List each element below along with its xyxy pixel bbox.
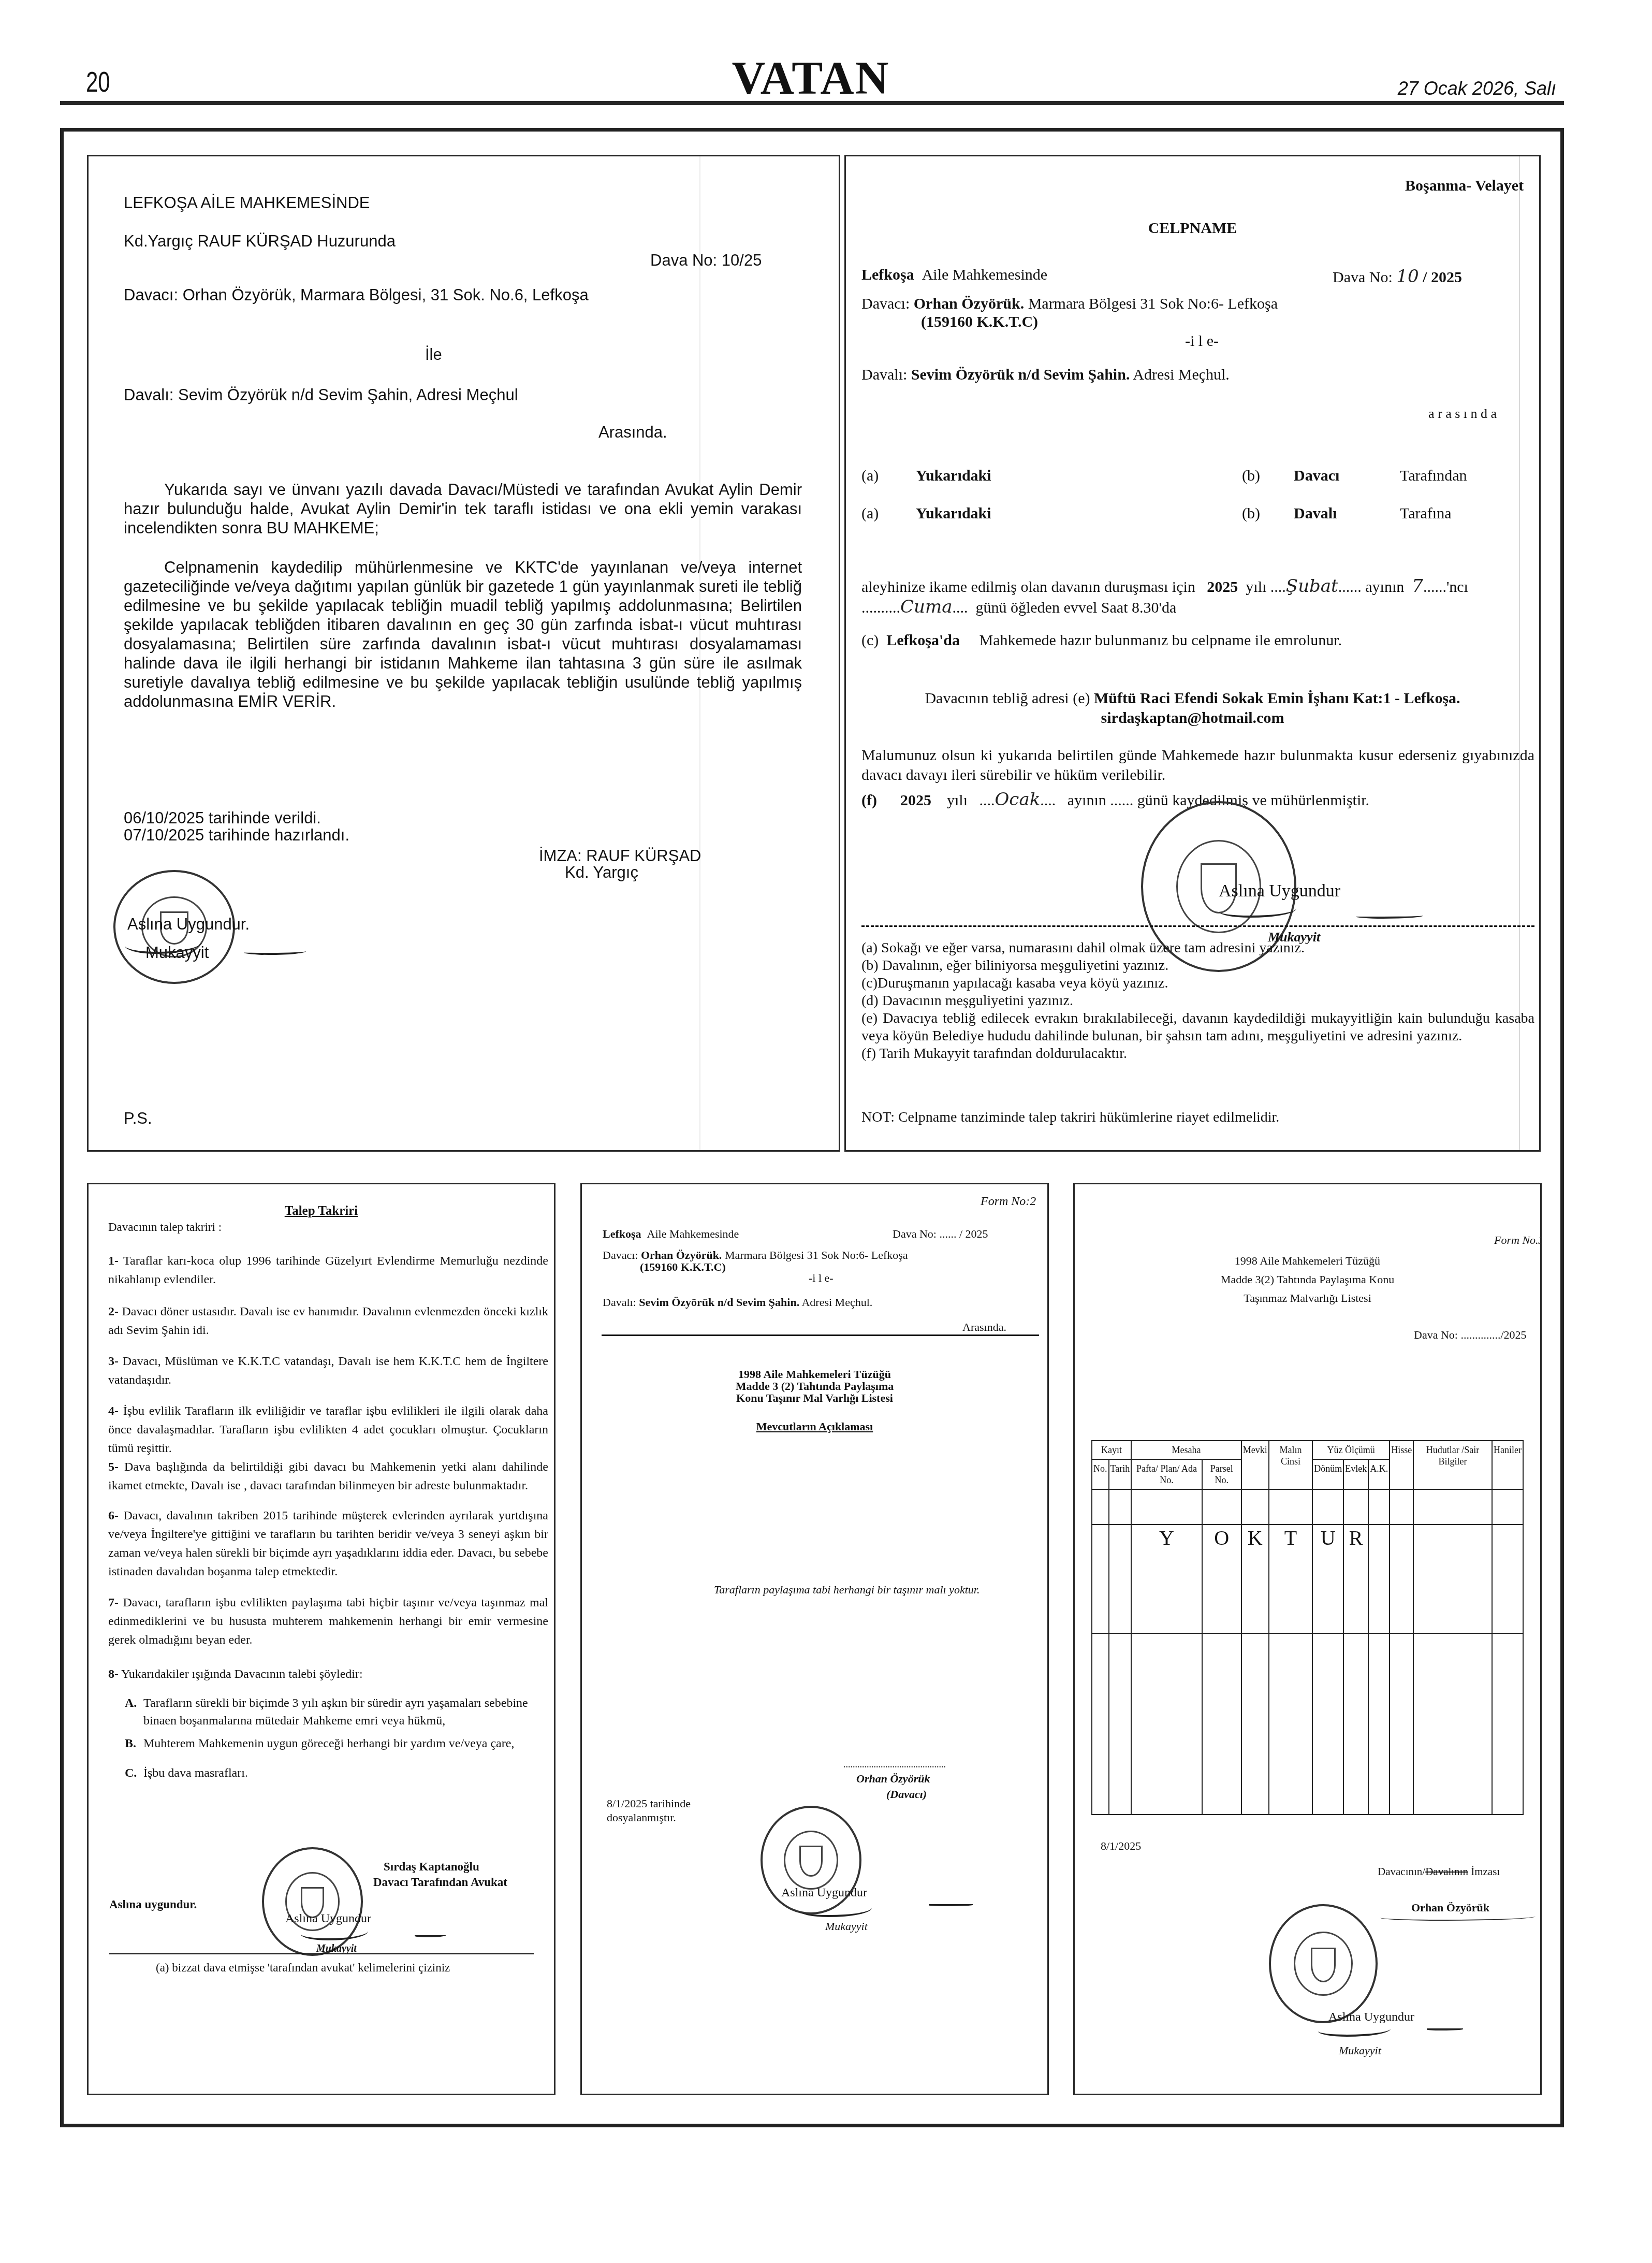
talep-item-5: 5- Dava başlığında da belirtildiği gibi … bbox=[108, 1458, 548, 1495]
plaintiff-line: Davacı: Orhan Özyörük, Marmara Bölgesi, … bbox=[124, 286, 589, 304]
celpname-ile: -i l e- bbox=[1185, 332, 1219, 350]
talep-item-4: 4- İşbu evlilik Tarafların ilk evliliğid… bbox=[108, 1402, 548, 1458]
immovable-assets-form: Form No.3 1998 Aile Mahkemeleri Tüzüğü M… bbox=[1073, 1183, 1542, 2095]
signature-stroke bbox=[929, 1904, 973, 1906]
footnote-f: (f) Tarih Mukayyit tarafından doldurulac… bbox=[861, 1045, 1534, 1063]
celpname-title: CELPNAME bbox=[846, 220, 1539, 237]
handwritten-weekday: Cuma bbox=[900, 597, 952, 617]
certified-copy-stamp: Aslına Uygundur. bbox=[127, 915, 250, 934]
lawyer-title: Davacı Tarafından Avukat bbox=[373, 1876, 507, 1889]
signature-stroke bbox=[244, 949, 306, 955]
judge-signature: İMZA: RAUF KÜRŞAD bbox=[539, 847, 701, 865]
case-category: Boşanma- Velayet bbox=[1405, 177, 1524, 195]
plaintiff-service-address: Davacının tebliğ adresi (e) Müftü Raci E… bbox=[846, 690, 1539, 707]
talep-intro: Davacının talep takriri : bbox=[108, 1221, 222, 1234]
celpname-case-number: Dava No: 10 / 2025 bbox=[1333, 266, 1462, 287]
notice-frame: LEFKOŞA AİLE MAHKEMESİNDE Kd.Yargıç RAUF… bbox=[60, 128, 1564, 2127]
court-order-document: LEFKOŞA AİLE MAHKEMESİNDE Kd.Yargıç RAUF… bbox=[87, 155, 840, 1152]
celpname-plaintiff: Davacı: Orhan Özyörük. Marmara Bölgesi 3… bbox=[861, 295, 1278, 313]
form2-heading: 1998 Aile Mahkemeleri Tüzüğü Madde 3 (2)… bbox=[582, 1368, 1047, 1404]
talep-item-2: 2- Davacı döner ustasıdır. Davalı ise ev… bbox=[108, 1302, 548, 1340]
table-row bbox=[1092, 1633, 1523, 1815]
masthead: 20 VATAN 27 Ocak 2026, Salı bbox=[60, 52, 1561, 104]
newspaper-name: VATAN bbox=[60, 52, 1561, 105]
lawyer-name: Sırdaş Kaptanoğlu bbox=[384, 1860, 479, 1874]
form3-case-number: Dava No: ............../2025 bbox=[1414, 1328, 1527, 1342]
form3-heading: 1998 Aile Mahkemeleri Tüzüğü Madde 3(2) … bbox=[1075, 1252, 1540, 1308]
dashed-separator bbox=[861, 925, 1534, 927]
signer-name: Orhan Özyörük bbox=[856, 1772, 930, 1786]
filed-text: dosyalanmıştır. bbox=[607, 1811, 676, 1824]
order-paragraph-1: Yukarıda sayı ve ünvanı yazılı davada Da… bbox=[124, 480, 802, 538]
talep-footnote: (a) bizzat dava etmişse 'tarafından avuk… bbox=[156, 1961, 450, 1975]
table-row: Y O K T U R bbox=[1092, 1525, 1523, 1633]
footnote-rule bbox=[109, 1953, 534, 1954]
form2-case-number: Dava No: ...... / 2025 bbox=[893, 1227, 988, 1241]
footnote-a: (a) Sokağı ve eğer varsa, numarasını dah… bbox=[861, 939, 1534, 957]
signer-role: (Davacı) bbox=[886, 1788, 927, 1801]
form3-date: 8/1/2025 bbox=[1101, 1839, 1141, 1853]
form2-arasinda: Arasında. bbox=[962, 1321, 1006, 1334]
form2-court: Lefkoşa Aile Mahkemesinde bbox=[603, 1227, 739, 1241]
judge-title: Kd. Yargıç bbox=[565, 863, 638, 882]
signature-label: Davacının/Davalının İmzası bbox=[1378, 1865, 1500, 1878]
handwritten-month: Şubat bbox=[1286, 576, 1338, 597]
property-table: Kayıt Mesaha Mevki Malın Cinsi Yüz Ölçüm… bbox=[1091, 1440, 1524, 1815]
handwritten-case-number: 10 bbox=[1396, 266, 1419, 287]
signature-stroke bbox=[1380, 1913, 1536, 1921]
footnote-e: (e) Davacıya tebliğ edilecek evrakın bır… bbox=[861, 1010, 1534, 1045]
request-c: C.İşbu dava masrafları. bbox=[143, 1764, 550, 1782]
signature-stroke bbox=[415, 1934, 446, 1937]
defendant-line: Davalı: Sevim Özyörük n/d Sevim Şahin, A… bbox=[124, 386, 518, 404]
appearance-order: (c) Lefkoşa'da Mahkemede hazır bulunmanı… bbox=[861, 632, 1342, 649]
talep-item-6: 6- Davacı, davalının takriben 2015 tarih… bbox=[108, 1506, 548, 1581]
handwritten-reg-month: Ocak bbox=[995, 789, 1041, 810]
hearing-line-2: ..........Cuma.... günü öğleden evvel Sa… bbox=[861, 597, 1176, 617]
registrar-signature bbox=[301, 1925, 368, 1940]
form-number: Form No.3 bbox=[1494, 1234, 1542, 1247]
default-warning: Malumunuz olsun ki yukarıda belirtilen g… bbox=[861, 746, 1534, 785]
footnote-c: (c)Duruşmanın yapılacağı kasaba veya köy… bbox=[861, 975, 1534, 992]
issue-date: 27 Ocak 2026, Salı bbox=[1398, 78, 1556, 99]
signature-stroke bbox=[1427, 2028, 1463, 2030]
talep-title: Talep Takriri bbox=[89, 1204, 554, 1218]
form2-plaintiff-id: (159160 K.K.T.C) bbox=[640, 1260, 726, 1274]
celpname-court: Lefkoşa Aile Mahkemesinde bbox=[861, 266, 1047, 284]
certified-copy-stamp: Aslına Uygundur bbox=[1328, 2010, 1414, 2024]
celpname-arasinda: a r a s ı n d a bbox=[1428, 406, 1497, 422]
form2-subheading: Mevcutların Açıklaması bbox=[582, 1420, 1047, 1433]
talep-item-7: 7- Davacı, tarafların işbu evlilikten pa… bbox=[108, 1593, 548, 1649]
form-number: Form No:2 bbox=[981, 1195, 1036, 1209]
table-group-header: Kayıt Mesaha Mevki Malın Cinsi Yüz Ölçüm… bbox=[1092, 1441, 1523, 1459]
masthead-rule bbox=[60, 101, 1564, 105]
form2-ile: -i l e- bbox=[809, 1271, 834, 1285]
request-b: B.Muhterem Mahkemenin uygun göreceği her… bbox=[143, 1735, 550, 1752]
celpname-document: Boşanma- Velayet CELPNAME Lefkoşa Aile M… bbox=[844, 155, 1541, 1152]
issued-date: 06/10/2025 tarihinde verildi. bbox=[124, 809, 321, 828]
court-name: LEFKOŞA AİLE MAHKEMESİNDE bbox=[124, 194, 370, 212]
between-word: İle bbox=[425, 345, 442, 364]
ps-label: P.S. bbox=[124, 1109, 152, 1128]
registrar-label: Mukayyit bbox=[1339, 2044, 1381, 2057]
hearing-line-1: aleyhinize ikame edilmiş olan davanın du… bbox=[861, 576, 1468, 597]
talep-item-8: 8- Yukarıdakiler ışığında Davacının tale… bbox=[108, 1665, 548, 1684]
signer-name: Orhan Özyörük bbox=[1411, 1901, 1489, 1914]
movable-assets-form: Form No:2 Lefkoşa Aile Mahkemesinde Dava… bbox=[580, 1183, 1049, 2095]
registrar-signature bbox=[1318, 2023, 1391, 2037]
footnote-b: (b) Davalının, eğer biliniyorsa meşguliy… bbox=[861, 957, 1534, 975]
court-seal-stamp bbox=[1269, 1904, 1378, 2023]
footnote-d: (d) Davacının meşguliyetini yazınız. bbox=[861, 992, 1534, 1010]
signature-stroke bbox=[1356, 913, 1423, 919]
case-number: Dava No: 10/25 bbox=[650, 251, 762, 270]
talep-takriri-document: Talep Takriri Davacının talep takriri : … bbox=[87, 1183, 555, 2095]
certified-label: Aslına uygundur. bbox=[109, 1898, 197, 1911]
prepared-date: 07/10/2025 tarihinde hazırlandı. bbox=[124, 826, 349, 845]
form2-defendant: Davalı: Sevim Özyörük n/d Sevim Şahin. A… bbox=[603, 1296, 872, 1309]
celpname-defendant: Davalı: Sevim Özyörük n/d Sevim Şahin. A… bbox=[861, 366, 1230, 384]
registration-line: (f) 2025 yılı ....Ocak.... ayının ......… bbox=[861, 789, 1369, 810]
talep-item-3: 3- Davacı, Müslüman ve K.K.T.C vatandaşı… bbox=[108, 1352, 548, 1389]
handwritten-day: 7 bbox=[1412, 576, 1423, 597]
certified-copy-stamp: Aslına Uygundur bbox=[285, 1912, 371, 1926]
court-seal-stamp bbox=[262, 1847, 363, 1956]
contact-email: sirdaşkaptan@hotmail.com bbox=[846, 709, 1539, 727]
footnotes: (a) Sokağı ve eğer varsa, numarasını dah… bbox=[861, 939, 1534, 1063]
celpname-plaintiff-id: (159160 K.K.T.C) bbox=[921, 313, 1038, 331]
arasinda-label: Arasında. bbox=[598, 423, 667, 442]
filed-date: 8/1/2025 tarihinde bbox=[607, 1797, 691, 1810]
registrar-label: Mukayyit bbox=[825, 1920, 868, 1933]
request-a: A.Tarafların sürekli bir biçimde 3 yılı … bbox=[143, 1694, 550, 1730]
certified-copy-stamp: Aslına Uygundur bbox=[1219, 881, 1340, 901]
talep-item-1: 1- Taraflar karı-koca olup 1996 tarihind… bbox=[108, 1252, 548, 1289]
signature-line: ........................................… bbox=[843, 1759, 946, 1770]
final-note: NOT: Celpname tanziminde talep takriri h… bbox=[861, 1109, 1279, 1126]
order-paragraph-2: Celpnamenin kaydedilip mühürlenmesine ve… bbox=[124, 558, 802, 711]
judge-line: Kd.Yargıç RAUF KÜRŞAD Huzurunda bbox=[124, 232, 396, 251]
table-row bbox=[1092, 1489, 1523, 1525]
no-assets-statement: Tarafların paylaşıma tabi herhangi bir t… bbox=[714, 1583, 979, 1597]
registrar-signature bbox=[799, 1902, 872, 1917]
form2-rule bbox=[602, 1334, 1039, 1336]
certified-copy-stamp: Aslına Uygundur bbox=[781, 1886, 867, 1900]
